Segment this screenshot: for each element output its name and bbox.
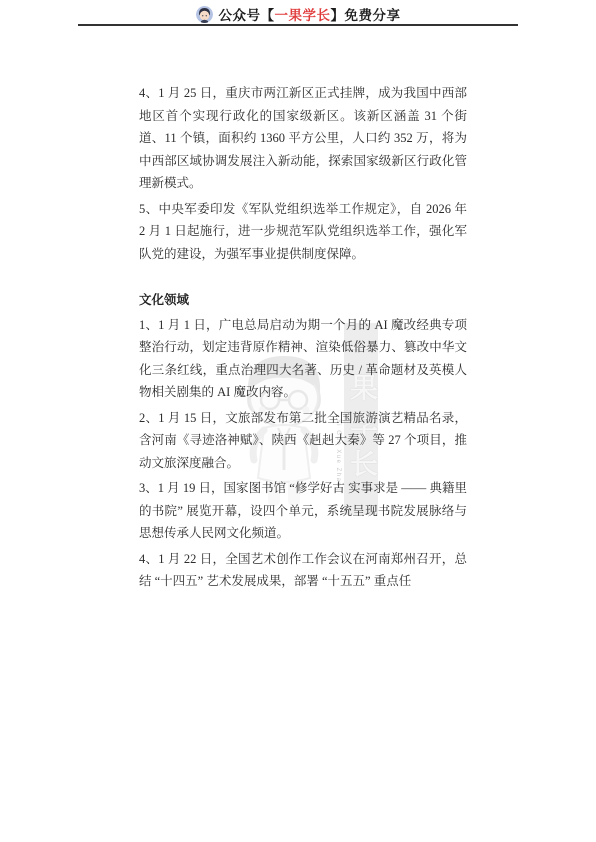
page-header: 公众号【一果学长】免费分享 [0,4,596,24]
header-title: 公众号【一果学长】免费分享 [219,4,401,24]
header-title-prefix: 公众号【 [219,8,275,23]
document-body: 4、1 月 25 日，重庆市两江新区正式挂牌，成为我国中西部地区首个实现行政化的… [139,82,467,596]
news-item: 2、1 月 15 日，文旅部发布第二批全国旅游演艺精品名录，含河南《寻迹洛神赋》… [139,407,467,475]
news-item: 1、1 月 1 日，广电总局启动为期一个月的 AI 魔改经典专项整治行动，划定违… [139,314,467,404]
header-divider [78,24,518,26]
document-page: 公众号【一果学长】免费分享 一果学长 Yi Guo Xue Zhang 4、1 … [0,0,596,842]
header-title-highlight: 一果学长 [275,8,331,23]
section-heading: 文化领域 [139,289,467,312]
news-item: 4、1 月 25 日，重庆市两江新区正式挂牌，成为我国中西部地区首个实现行政化的… [139,82,467,195]
news-item: 3、1 月 19 日，国家图书馆 “修学好古 实事求是 —— 典籍里的书院” 展… [139,477,467,545]
news-item: 4、1 月 22 日，全国艺术创作工作会议在河南郑州召开，总结 “十四五” 艺术… [139,548,467,593]
account-avatar-icon [196,6,213,23]
news-item: 5、中央军委印发《军队党组织选举工作规定》，自 2026 年 2 月 1 日起施… [139,198,467,266]
header-title-suffix: 】免费分享 [331,8,401,23]
